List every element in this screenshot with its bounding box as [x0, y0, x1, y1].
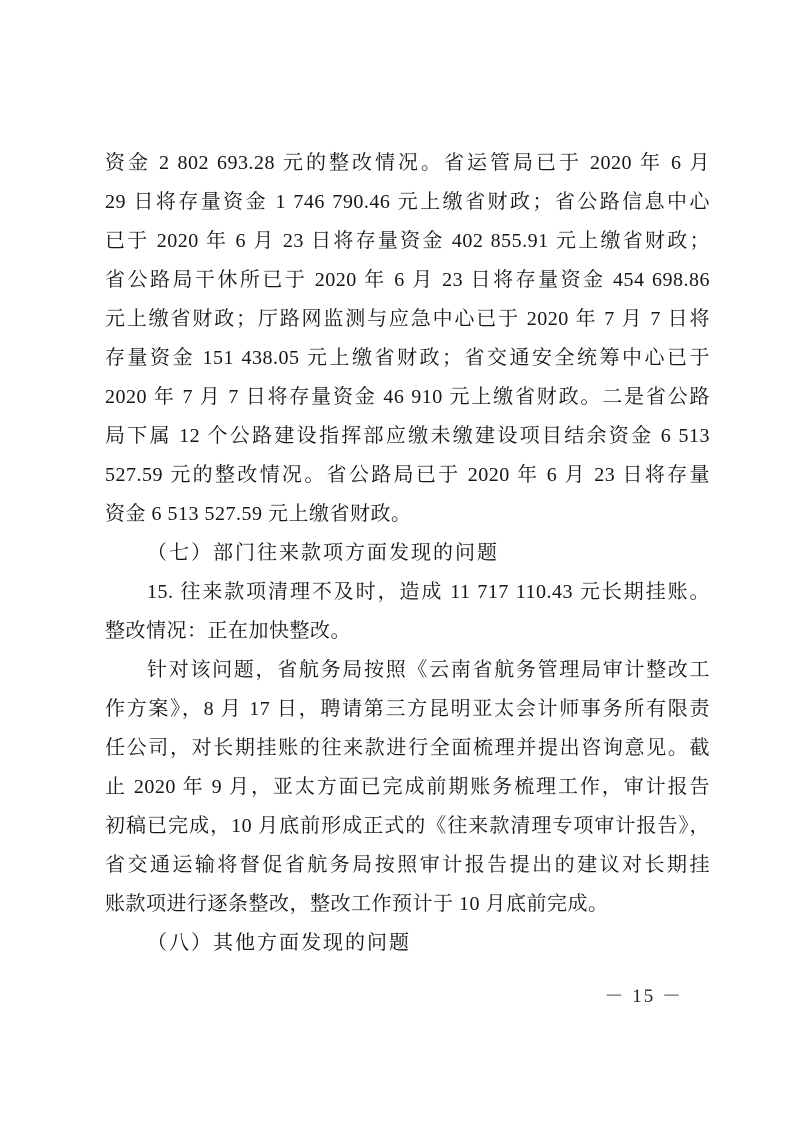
section-heading: （七）部门往来款项方面发现的问题: [105, 534, 710, 573]
text-line: 29 日将存量资金 1 746 790.46 元上缴省财政；省公路信息中心: [105, 183, 710, 222]
text-line: 资金 2 802 693.28 元的整改情况。省运管局已于 2020 年 6 月: [105, 144, 710, 183]
text-line: 省交通运输将督促省航务局按照审计报告提出的建议对长期挂: [105, 846, 710, 885]
text-line: 止 2020 年 9 月，亚太方面已完成前期账务梳理工作，审计报告: [105, 768, 710, 807]
text-line: 局下属 12 个公路建设指挥部应缴未缴建设项目结余资金 6 513: [105, 417, 710, 456]
section-heading: （八）其他方面发现的问题: [105, 924, 710, 963]
text-line: 527.59 元的整改情况。省公路局已于 2020 年 6 月 23 日将存量: [105, 456, 710, 495]
text-line: 元上缴省财政；厅路网监测与应急中心已于 2020 年 7 月 7 日将: [105, 300, 710, 339]
text-line: 资金 6 513 527.59 元上缴省财政。: [105, 495, 710, 534]
text-line: 15. 往来款项清理不及时，造成 11 717 110.43 元长期挂账。: [105, 573, 710, 612]
document-page: 资金 2 802 693.28 元的整改情况。省运管局已于 2020 年 6 月…: [0, 0, 800, 1131]
text-line: 已于 2020 年 6 月 23 日将存量资金 402 855.91 元上缴省财…: [105, 222, 710, 261]
text-line: 2020 年 7 月 7 日将存量资金 46 910 元上缴省财政。二是省公路: [105, 378, 710, 417]
text-line: 初稿已完成，10 月底前形成正式的《往来款清理专项审计报告》，: [105, 807, 710, 846]
text-line: 存量资金 151 438.05 元上缴省财政；省交通安全统筹中心已于: [105, 339, 710, 378]
page-number: － 15 －: [604, 981, 683, 1008]
document-body: 资金 2 802 693.28 元的整改情况。省运管局已于 2020 年 6 月…: [105, 144, 710, 963]
text-line: 省公路局干休所已于 2020 年 6 月 23 日将存量资金 454 698.8…: [105, 261, 710, 300]
text-line: 作方案》，8 月 17 日，聘请第三方昆明亚太会计师事务所有限责: [105, 690, 710, 729]
text-line: 整改情况：正在加快整改。: [105, 612, 710, 651]
text-line: 任公司，对长期挂账的往来款进行全面梳理并提出咨询意见。截: [105, 729, 710, 768]
text-line: 针对该问题，省航务局按照《云南省航务管理局审计整改工: [105, 651, 710, 690]
text-line: 账款项进行逐条整改，整改工作预计于 10 月底前完成。: [105, 885, 710, 924]
